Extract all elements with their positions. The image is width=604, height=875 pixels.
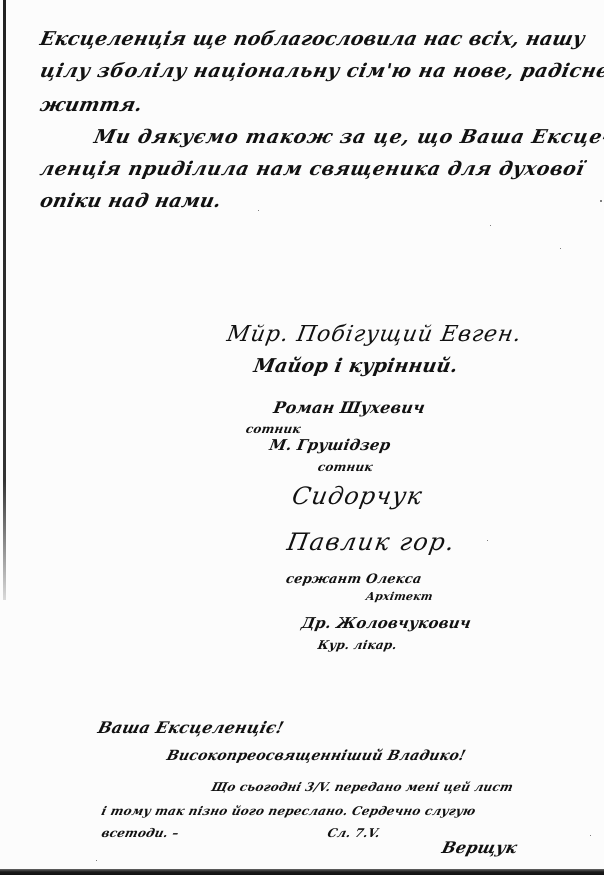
body-line-5: ленція приділила нам священика для духов…: [38, 158, 587, 180]
body-line-2: цілу зболілу національну сім'ю на нове, …: [38, 60, 604, 82]
scan-speck: [487, 540, 488, 541]
signature-2: Майор і курінний.: [252, 355, 460, 377]
scan-speck: [96, 860, 97, 861]
signature-8-rank: Кур. лікар.: [317, 638, 398, 652]
body-line-3: життя.: [38, 94, 144, 116]
body-line-6: опіки над нами.: [38, 190, 223, 212]
scanned-letter-page: Ексцеленція ще поблагословила нас всіх, …: [0, 0, 604, 875]
page-bottom-edge-shadow: [0, 869, 604, 875]
note-salutation: Ваша Ексцеленціє!: [96, 718, 286, 737]
note-address: Високопреосвященніший Владико!: [165, 748, 467, 764]
signature-6: Павлик гор.: [285, 528, 458, 556]
signature-7-rank: Архітект: [365, 590, 434, 603]
scan-speck: [490, 225, 491, 226]
signature-1: Мйр. Побігущий Евген.: [225, 322, 524, 347]
signature-8: Др. Жоловчукович: [300, 614, 473, 632]
scan-speck: [560, 248, 561, 249]
note-line-1: Що сьогодні 3/V. передано мені цей лист: [210, 780, 515, 794]
signature-3-rank: сотник: [245, 422, 302, 436]
scan-speck: [258, 210, 259, 211]
note-line-3: всетоди. –: [100, 826, 180, 840]
body-line-4: Ми дякуємо також за це, що Ваша Ексце-: [92, 126, 604, 148]
signature-4-rank: сотник: [317, 460, 374, 474]
signature-3: Роман Шухевич: [272, 398, 427, 417]
scan-speck: [600, 200, 602, 202]
signature-4: М. Грушідзер: [268, 436, 392, 454]
note-signature: Верщук: [440, 838, 519, 857]
signature-5: Сидорчук: [290, 482, 425, 510]
body-line-1: Ексцеленція ще поблагословила нас всіх, …: [38, 28, 587, 50]
signature-7: сержант Олекса: [285, 572, 423, 587]
note-line-2: і тому так пізно його переслано. Сердечн…: [100, 804, 477, 818]
page-left-edge-shadow: [3, 0, 6, 600]
note-place-date: Сл. 7.V.: [326, 826, 382, 840]
scan-speck: [590, 835, 591, 836]
